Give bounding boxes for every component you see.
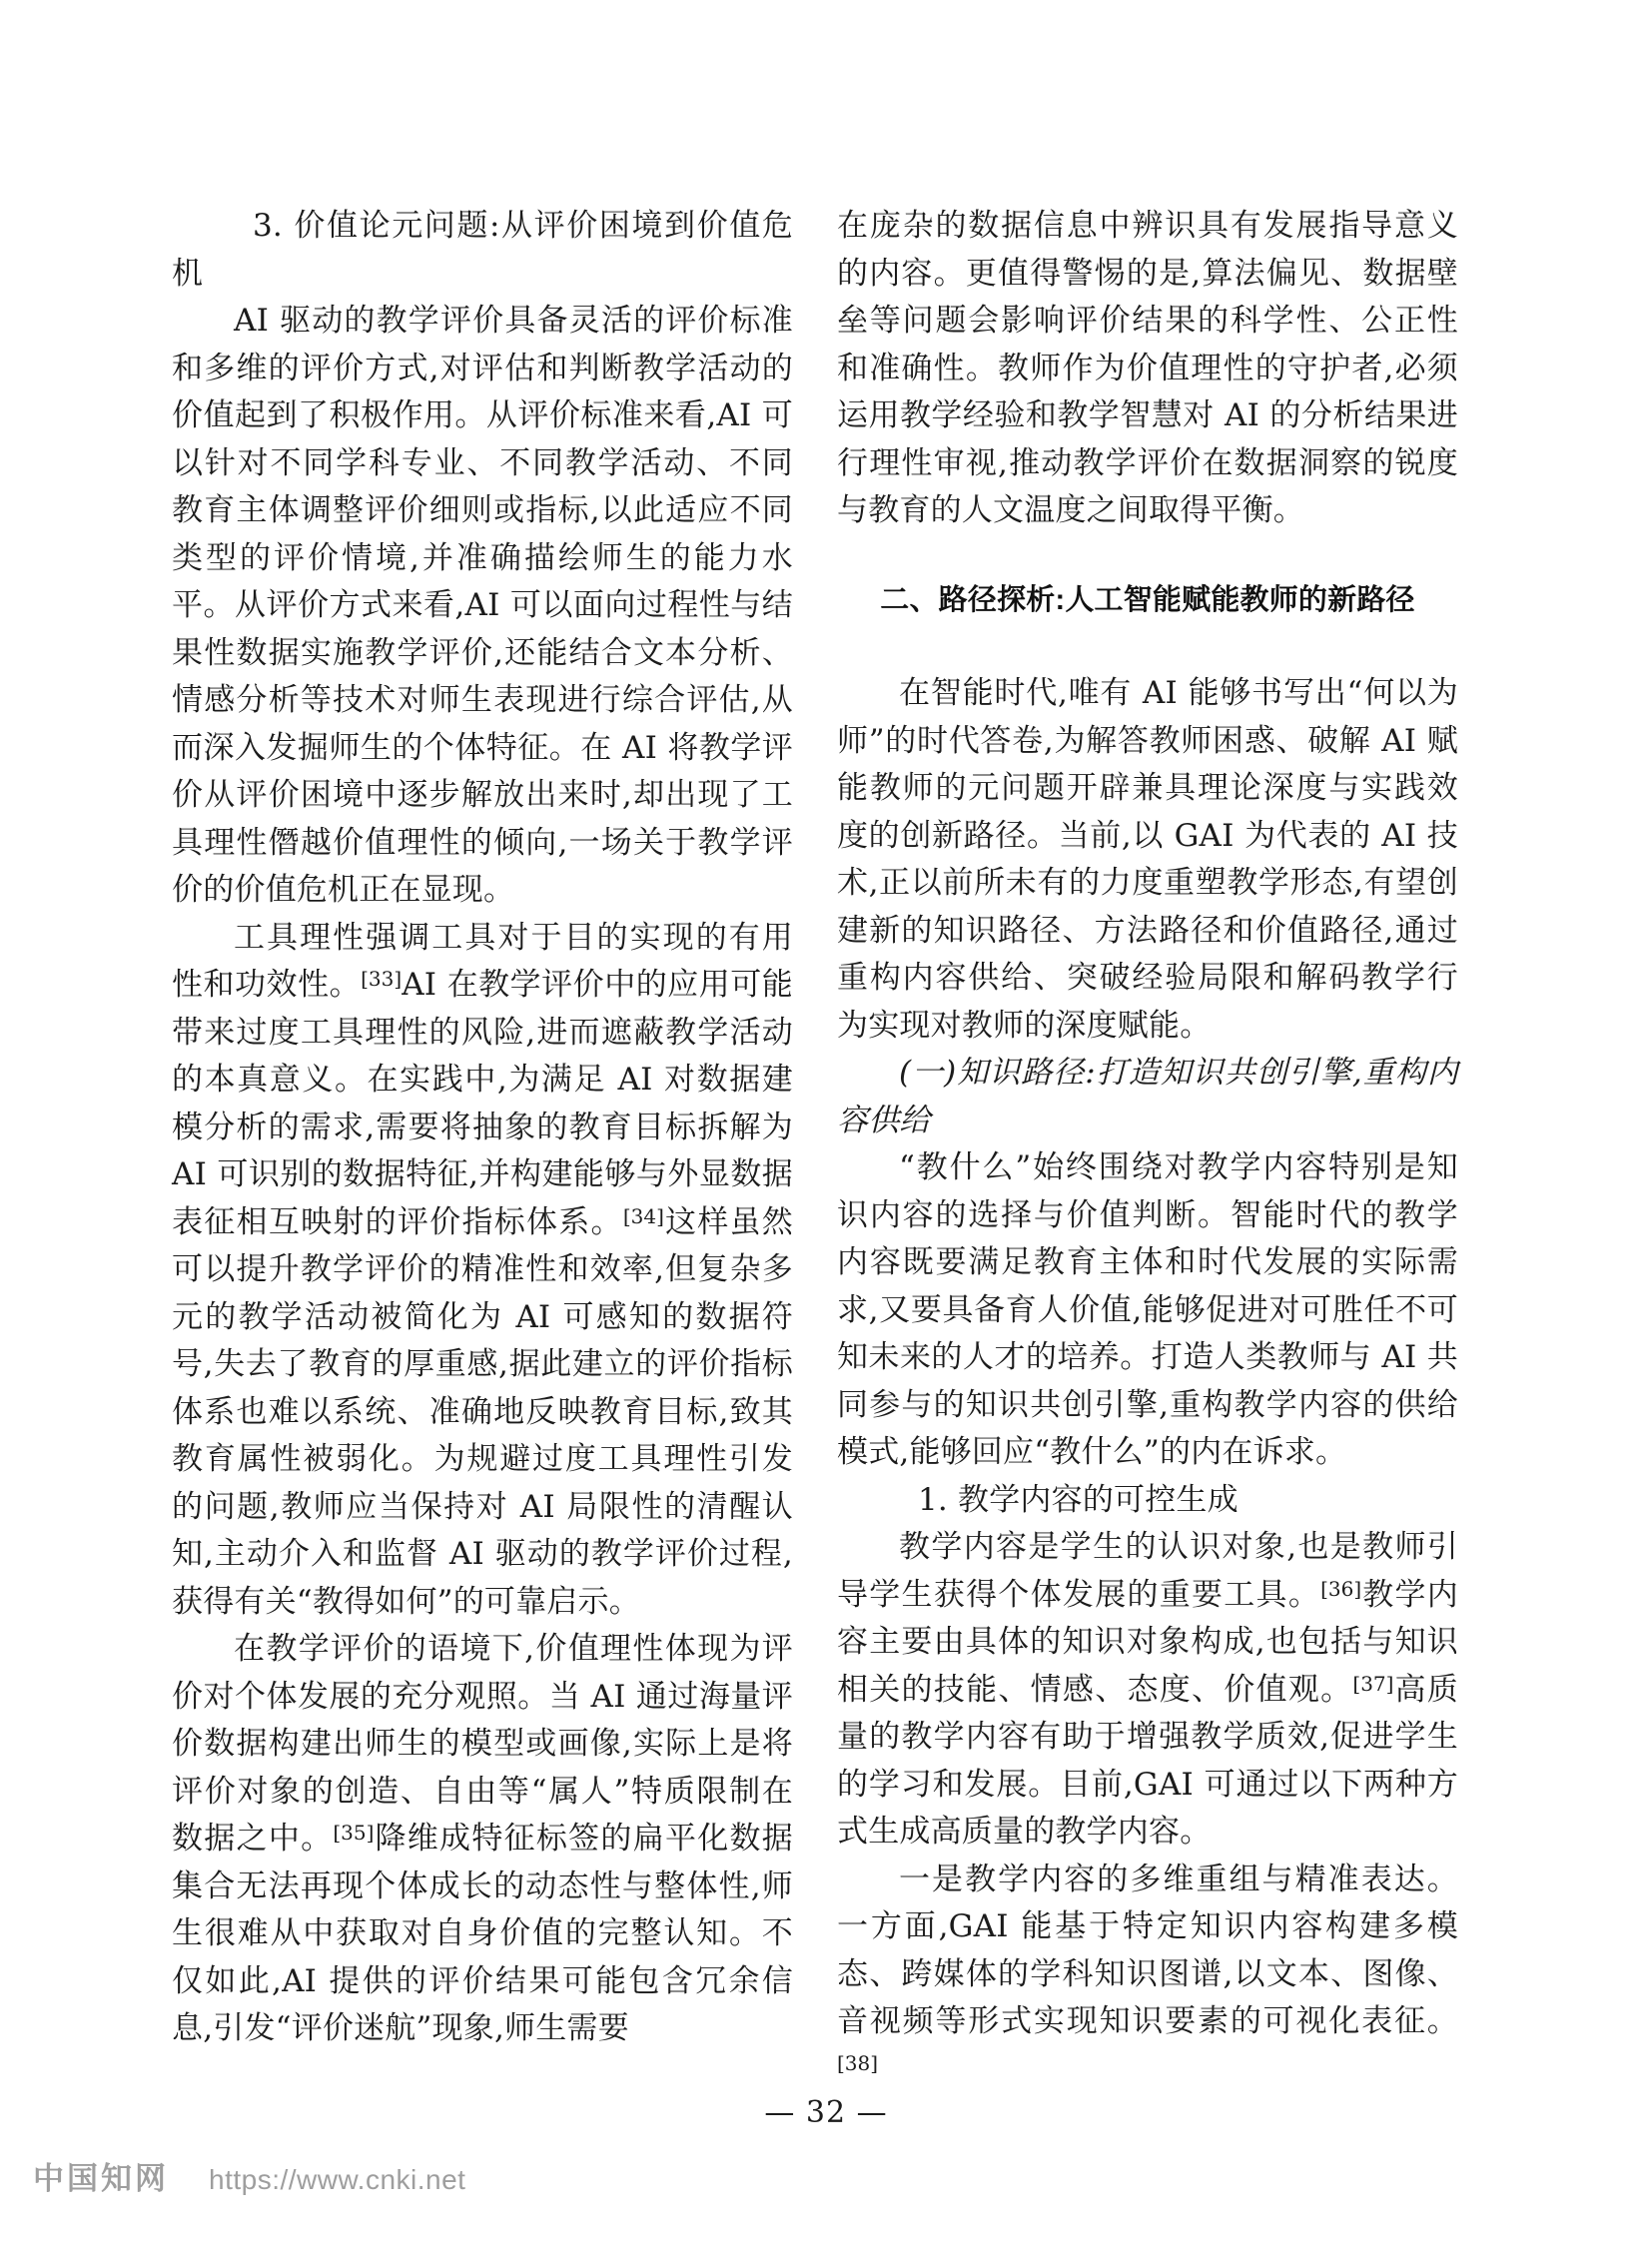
subsection-heading-knowledge-path: (一)知识路径:打造知识共创引擎,重构内容供给	[837, 1050, 1458, 1144]
citation-ref-38: [38]	[837, 2051, 878, 2075]
cnki-url: https://www.cnki.net	[209, 2164, 465, 2195]
cnki-logo-text: 中国知网	[33, 2161, 169, 2196]
citation-ref-35: [35]	[333, 1821, 374, 1845]
section-heading-2: 二、路径探析:人工智能赋能教师的新路径	[837, 577, 1458, 625]
subsection-heading-1: 1. 教学内容的可控生成	[837, 1477, 1458, 1525]
two-column-article-body: 3. 价值论元问题:从评价困境到价值危机 AI 驱动的教学评价具备灵活的评价标准…	[172, 203, 1458, 2093]
page-number: — 32 —	[0, 2095, 1652, 2130]
paragraph-continuation: 在庞杂的数据信息中辨识具有发展指导意义的内容。更值得警惕的是,算法偏见、数据壁垒…	[837, 203, 1458, 535]
paragraph-multidimensional-recombination: 一是教学内容的多维重组与精准表达。一方面,GAI 能基于特定知识内容构建多模态、…	[837, 1857, 1458, 2094]
citation-ref-33: [33]	[361, 967, 402, 991]
paragraph-value-rationality: 在教学评价的语境下,价值理性体现为评价对个体发展的充分观照。当 AI 通过海量评…	[172, 1626, 793, 2053]
paragraph-what-to-teach: “教什么”始终围绕对教学内容特别是知识内容的选择与价值判断。智能时代的教学内容既…	[837, 1144, 1458, 1477]
text-run: AI 在教学评价中的应用可能带来过度工具理性的风险,进而遮蔽教学活动的本真意义。…	[172, 967, 793, 1240]
subsection-heading-3: 3. 价值论元问题:从评价困境到价值危机	[172, 203, 793, 298]
paragraph-ai-driven-evaluation: AI 驱动的教学评价具备灵活的评价标准和多维的评价方式,对评估和判断教学活动的价…	[172, 298, 793, 915]
citation-ref-36: [36]	[1320, 1577, 1361, 1601]
paragraph-instrumental-rationality: 工具理性强调工具对于目的实现的有用性和功效性。[33]AI 在教学评价中的应用可…	[172, 915, 793, 1627]
text-run: 这样虽然可以提升教学评价的精准性和效率,但复杂多元的教学活动被简化为 AI 可感…	[172, 1204, 793, 1620]
citation-ref-34: [34]	[623, 1204, 664, 1228]
left-column: 3. 价值论元问题:从评价困境到价值危机 AI 驱动的教学评价具备灵活的评价标准…	[172, 203, 793, 2093]
text-run: 一是教学内容的多维重组与精准表达。一方面,GAI 能基于特定知识内容构建多模态、…	[837, 1862, 1458, 2040]
paragraph-intelligent-era: 在智能时代,唯有 AI 能够书写出“何以为师”的时代答卷,为解答教师困惑、破解 …	[837, 670, 1458, 1050]
paragraph-teaching-content: 教学内容是学生的认识对象,也是教师引导学生获得个体发展的重要工具。[36]教学内…	[837, 1524, 1458, 1857]
citation-ref-37: [37]	[1352, 1672, 1393, 1696]
right-column: 在庞杂的数据信息中辨识具有发展指导意义的内容。更值得警惕的是,算法偏见、数据壁垒…	[837, 203, 1458, 2093]
cnki-watermark: 中国知网https://www.cnki.net	[33, 2153, 465, 2198]
